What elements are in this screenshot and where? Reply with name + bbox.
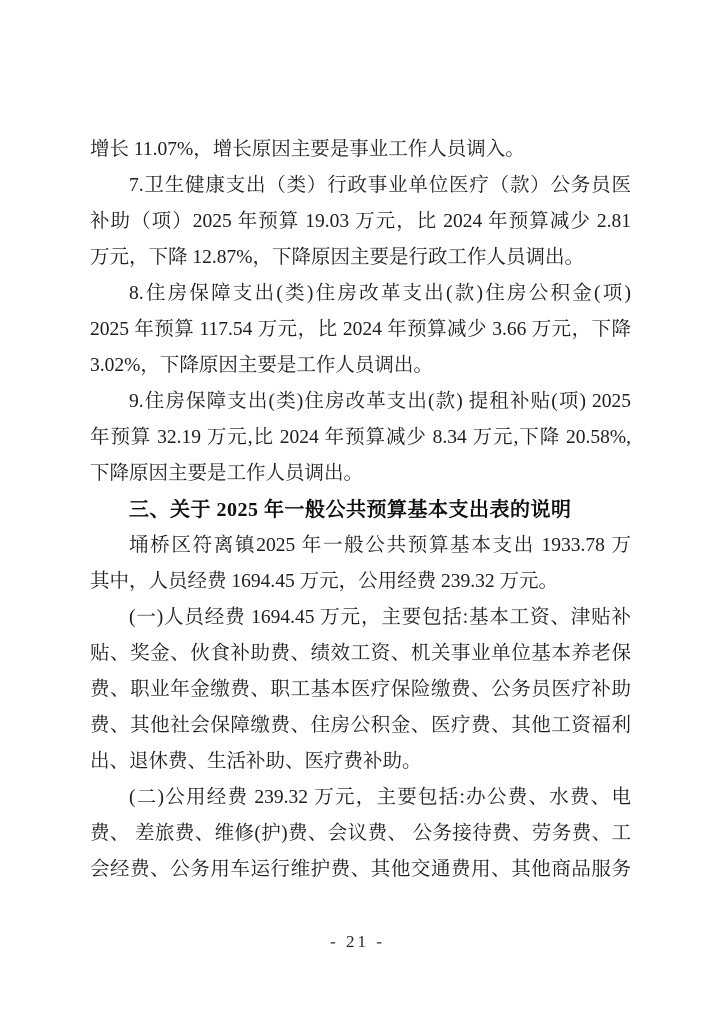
text-line: 费、其他社会保障缴费、住房公积金、医疗费、其他工资福利支 — [90, 708, 631, 744]
text-line: 2025 年预算 117.54 万元，比 2024 年预算减少 3.66 万元，… — [90, 312, 631, 348]
text-line: 补助（项）2025 年预算 19.03 万元，比 2024 年预算减少 2.81 — [90, 204, 631, 240]
text-line: (二)公用经费 239.32 万元，主要包括:办公费、水费、电 — [90, 780, 631, 816]
text-line: 8.住房保障支出(类)住房改革支出(款)住房公积金(项) — [90, 276, 631, 312]
document-body: 增长 11.07%，增长原因主要是事业工作人员调入。 7.卫生健康支出（类）行政… — [90, 132, 631, 888]
text-line: 其中，人员经费 1694.45 万元，公用经费 239.32 万元。 — [90, 564, 631, 600]
text-line: 费、职业年金缴费、职工基本医疗保险缴费、公务员医疗补助缴 — [90, 672, 631, 708]
text-line: 下降原因主要是工作人员调出。 — [90, 456, 631, 492]
text-line: 年预算 32.19 万元,比 2024 年预算减少 8.34 万元,下降 20.… — [90, 420, 631, 456]
document-page: 增长 11.07%，增长原因主要是事业工作人员调入。 7.卫生健康支出（类）行政… — [0, 0, 715, 1011]
page-number: - 21 - — [0, 928, 715, 956]
text-line: 增长 11.07%，增长原因主要是事业工作人员调入。 — [90, 132, 631, 168]
text-line: 贴、奖金、伙食补助费、绩效工资、机关事业单位基本养老保险 — [90, 636, 631, 672]
text-line: (一)人员经费 1694.45 万元，主要包括:基本工资、津贴补 — [90, 600, 631, 636]
text-line: 埇桥区符离镇2025 年一般公共预算基本支出 1933.78 万元， — [90, 528, 631, 564]
text-line: 9.住房保障支出(类)住房改革支出(款) 提租补贴(项) 2025 — [90, 384, 631, 420]
text-line: 7.卫生健康支出（类）行政事业单位医疗（款）公务员医疗 — [90, 168, 631, 204]
text-line: 会经费、公务用车运行维护费、其他交通费用、其他商品服务支 — [90, 852, 631, 888]
section-heading: 三、关于 2025 年一般公共预算基本支出表的说明 — [90, 492, 631, 528]
text-line: 万元，下降 12.87%，下降原因主要是行政工作人员调出。 — [90, 240, 631, 276]
text-line: 出、退休费、生活补助、医疗费补助。 — [90, 744, 631, 780]
text-line: 3.02%，下降原因主要是工作人员调出。 — [90, 348, 631, 384]
text-line: 费、 差旅费、维修(护)费、会议费、 公务接待费、劳务费、工 — [90, 816, 631, 852]
